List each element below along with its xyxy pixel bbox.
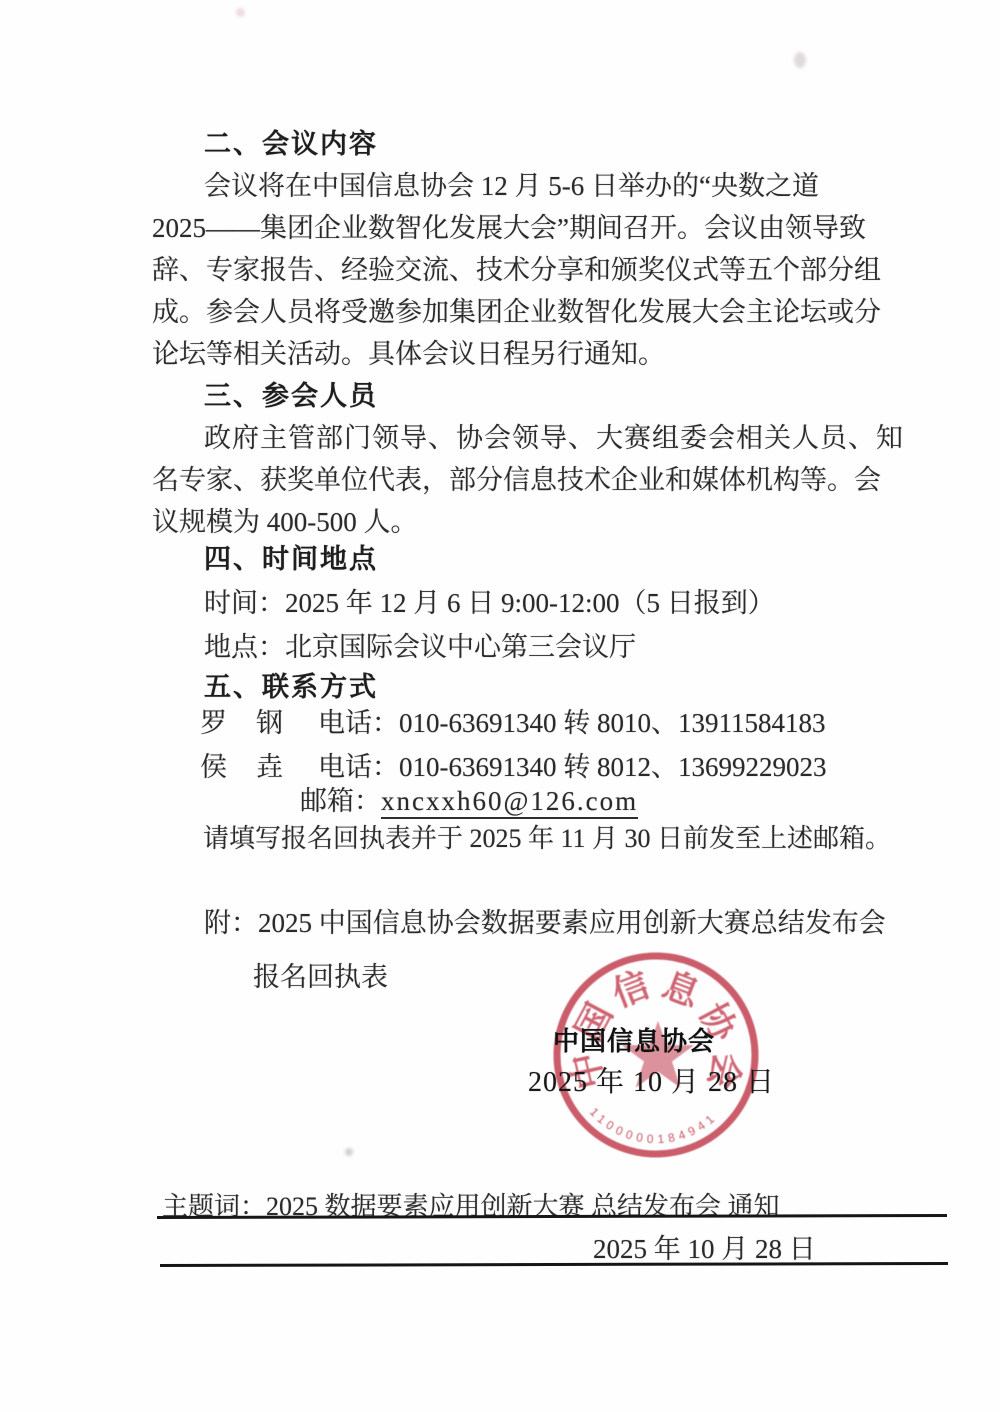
body-line: 论坛等相关活动。具体会议日程另行通知。	[152, 337, 665, 371]
body-line: 成。参会人员将受邀参加集团企业数智化发展大会主论坛或分	[152, 295, 881, 329]
body-line: 政府主管部门领导、协会领导、大赛组委会相关人员、知	[204, 421, 904, 455]
section5-heading: 五、联系方式	[204, 670, 378, 704]
section2-heading: 二、会议内容	[204, 127, 378, 161]
contact-phone: 电话：010-63691340 转 8012、13699229023	[318, 750, 827, 784]
scan-speck	[236, 8, 245, 17]
place-line: 地点：北京国际会议中心第三会议厅	[204, 630, 636, 664]
contact-name: 罗 钢	[200, 706, 284, 740]
scan-speck	[345, 1148, 353, 1156]
scan-speck	[794, 52, 806, 68]
email-label: 邮箱：	[300, 786, 381, 816]
attachment-line-2: 报名回执表	[253, 960, 388, 994]
time-line: 时间：2025 年 12 月 6 日 9:00-12:00（5 日报到）	[204, 586, 775, 620]
body-line: 议规模为 400-500 人。	[152, 505, 418, 539]
footer-date: 2025 年 10 月 28 日	[593, 1232, 816, 1266]
seal-arc-char: 信	[607, 965, 655, 1015]
seal-arc-char: 息	[657, 965, 706, 1016]
signature-date: 2025 年 10 月 28 日	[528, 1066, 775, 1100]
email-address: xncxxh60@126.com	[381, 786, 638, 819]
reply-note: 请填写报名回执表并于 2025 年 11 月 30 日前发至上述邮箱。	[203, 822, 891, 856]
section4-heading: 四、时间地点	[204, 542, 378, 576]
email-row: 邮箱：xncxxh60@126.com	[300, 784, 638, 818]
attachment-line-1: 附：2025 中国信息协会数据要素应用创新大赛总结发布会	[204, 906, 886, 940]
contact-row: 罗 钢 电话：010-63691340 转 8010、13911584183	[200, 706, 826, 740]
contact-phone: 电话：010-63691340 转 8010、13911584183	[318, 706, 826, 740]
separator-line-bottom	[160, 1262, 948, 1267]
body-line: 辞、专家报告、经验交流、技术分享和颁奖仪式等五个部分组	[152, 253, 881, 287]
contact-name: 侯 垚	[200, 750, 284, 784]
body-line: 会议将在中国信息协会 12 月 5-6 日举办的“央数之道	[204, 169, 819, 203]
footer-keywords: 主题词：2025 数据要素应用创新大赛 总结发布会 通知	[162, 1190, 780, 1224]
body-line: 2025——集团企业数智化发展大会”期间召开。会议由领导致	[152, 211, 866, 245]
section3-heading: 三、参会人员	[204, 379, 378, 413]
body-line: 名专家、获奖单位代表，部分信息技术企业和媒体机构等。会	[152, 463, 881, 497]
scanned-notice-page: 二、会议内容 会议将在中国信息协会 12 月 5-6 日举办的“央数之道 202…	[0, 0, 1000, 1412]
contact-row: 侯 垚 电话：010-63691340 转 8012、13699229023	[200, 750, 827, 784]
signature-org: 中国信息协会	[553, 1024, 715, 1058]
